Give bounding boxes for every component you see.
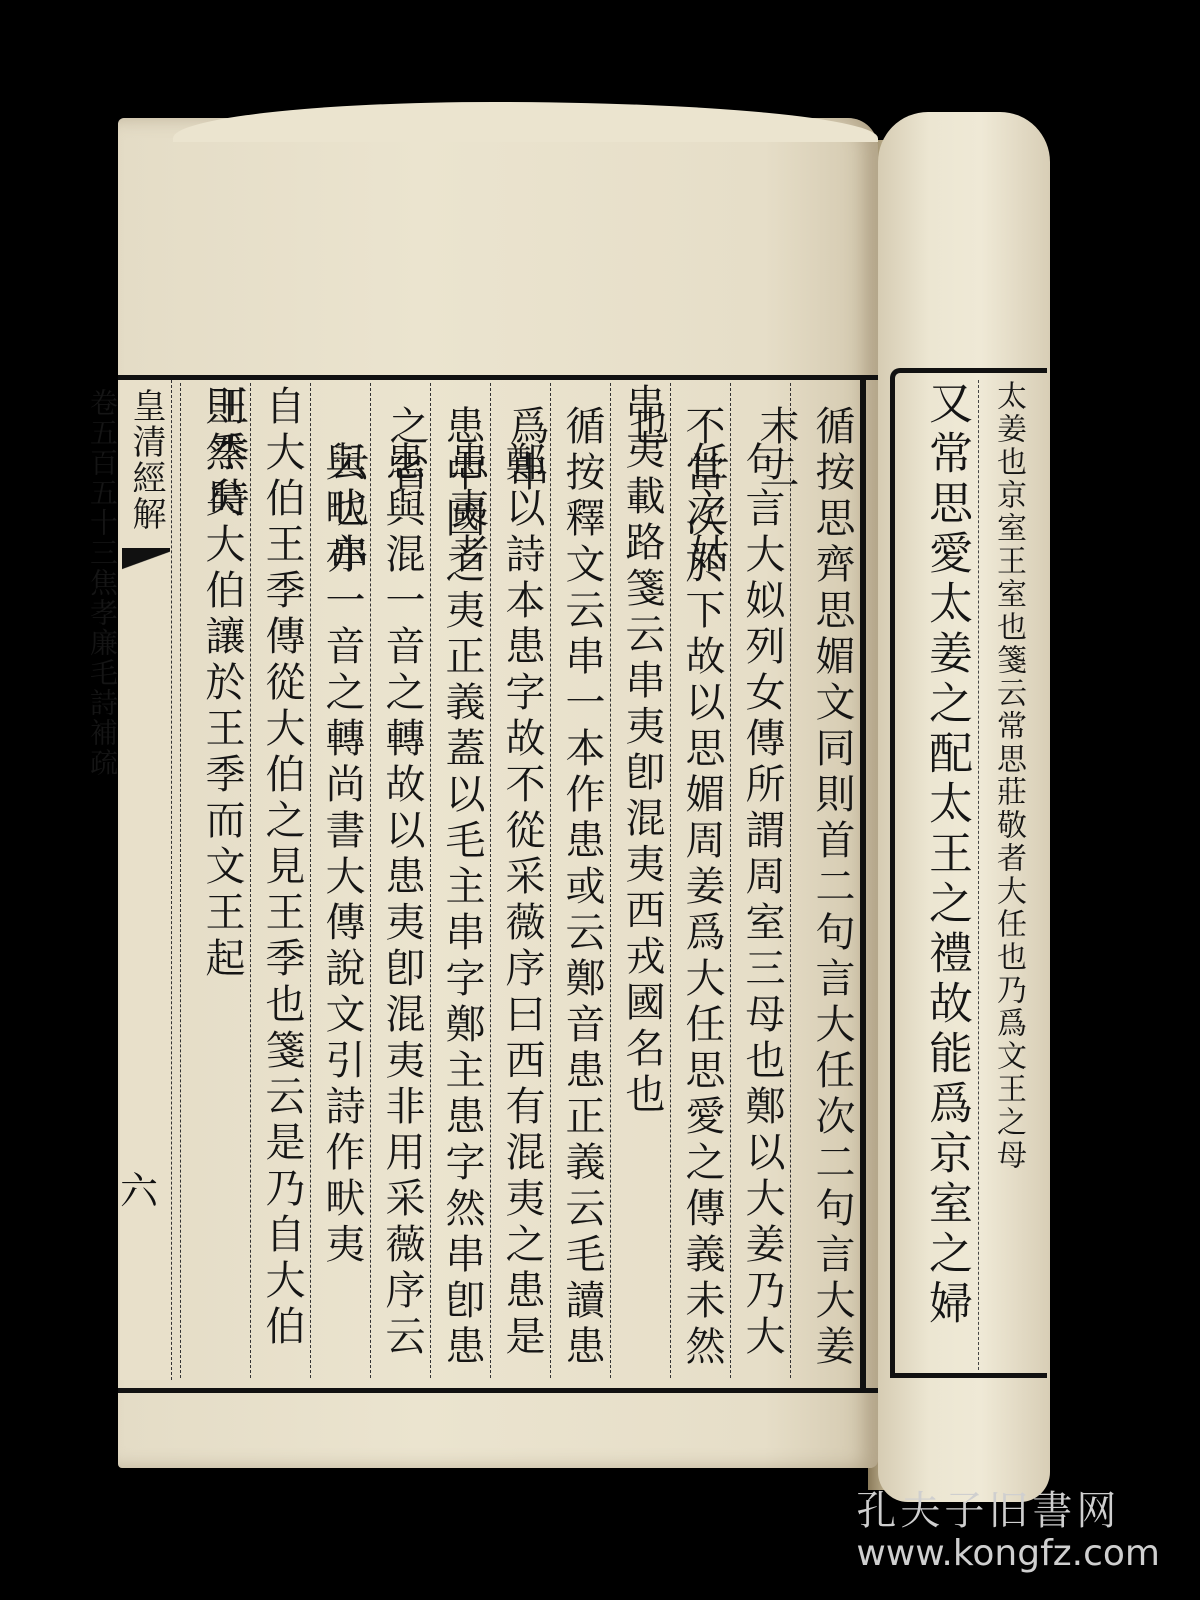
volume-info: 卷五百五十三焦孝廉毛詩補疏 <box>86 388 119 778</box>
watermark-site-name: 孔夫子旧書网 <box>856 1488 1160 1534</box>
folio-number: 六 <box>120 1160 158 1215</box>
watermark: 孔夫子旧書网 www.kongfz.com <box>856 1488 1160 1574</box>
right-page-divider <box>978 380 979 1370</box>
text-column-6: 鄭以詩本患字故不從采薇序曰西有混夷之患是患夷者 <box>490 383 550 1378</box>
fishtail-mark-icon <box>122 548 170 572</box>
text-column-11: 則然矣大伯讓於王季而文王起 <box>180 383 250 1378</box>
text-column-9: 與畎亦一音之轉尚書大傳說文引詩作畎夷 <box>310 383 370 1378</box>
column-text: 則然矣大伯讓於王季而文王起 <box>194 385 250 1378</box>
text-column-7: 患中國之夷正義蓋以毛主串字鄭主患字然串卽患之省 <box>430 383 490 1378</box>
text-column-4: 串夷載路箋云串夷卽混夷西戎國名也 <box>610 383 670 1378</box>
watermark-url: www.kongfz.com <box>856 1534 1160 1574</box>
column-text: 與畎亦一音之轉尚書大傳說文引詩作畎夷 <box>314 441 370 1378</box>
text-column-5: 循按釋文云串一本作患或云鄭音患正義云毛讀患爲串 <box>550 383 610 1378</box>
text-column-2: 句言大姒列女傳所謂周室三母也鄭以大姜乃大任之姑 <box>730 383 790 1378</box>
book-title: 皇清經解 <box>126 388 166 532</box>
column-text: 串夷載路箋云串夷卽混夷西戎國名也 <box>614 383 670 1378</box>
right-page-text-large: 又常思愛太姜之配太王之禮故能爲京室之婦 <box>918 380 974 1330</box>
text-column-1: 循按思齊思媚文同則首二句言大任次二句言大姜末二 <box>790 383 860 1378</box>
book-title-margin: 皇清經解 卷五百五十三焦孝廉毛詩補疏 <box>120 380 172 1380</box>
printed-border-right <box>860 375 866 1388</box>
text-column-8: 患與混一音之轉故以患夷卽混夷非用采薇序云云也串 <box>370 383 430 1378</box>
right-page-text-small: 太姜也京室王室也箋云常思莊敬者大任也乃爲文王之母 <box>988 380 1028 1172</box>
text-column-10: 自大伯王季傳從大伯之見王季也箋云是乃自大伯王季時 <box>250 383 310 1378</box>
text-column-3: 不當次於下故以思媚周姜爲大任思愛之傳義未然也 <box>670 383 730 1378</box>
